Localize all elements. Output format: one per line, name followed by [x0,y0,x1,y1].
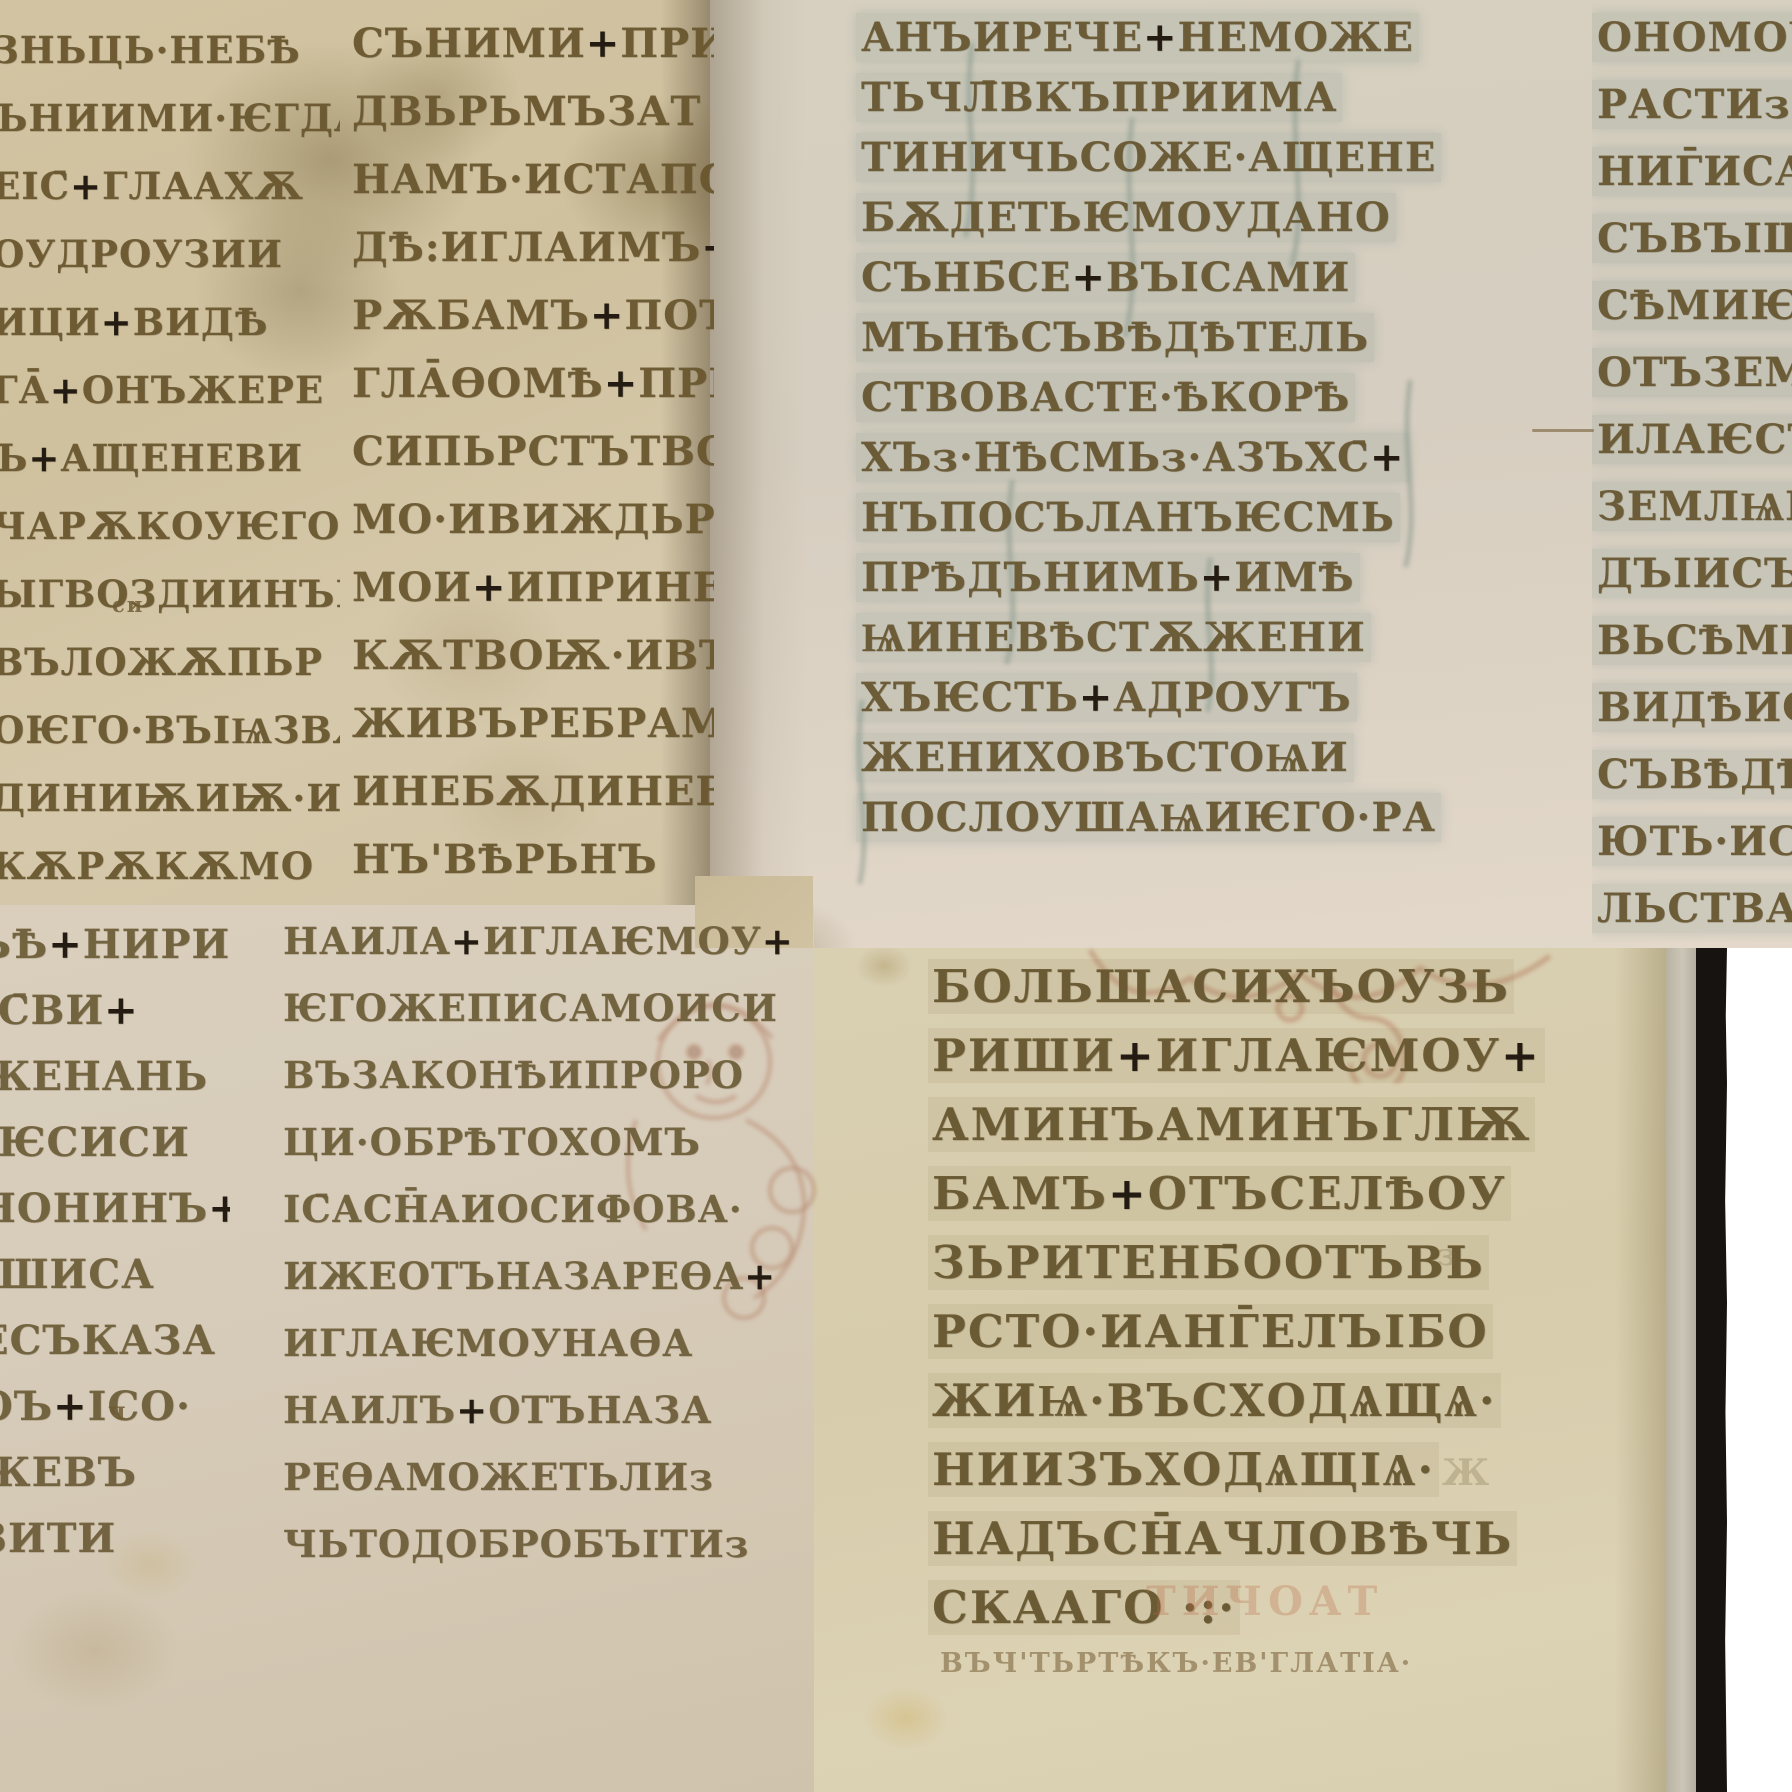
manuscript-line: ЖИВЪРЕБРАМО [352,690,714,758]
interlinear-gloss: си [112,592,144,617]
manuscript-line: ЕСЪКАЗА [0,1308,230,1374]
manuscript-line: НОНИНЪ+ [0,1176,230,1242]
manuscript-line: ЧЬТОДОБРОБЪІТИз [283,1511,715,1578]
manuscript-line: ЗЬРИТЕНБ̄ООТЪВЬ [928,1228,1440,1297]
scan-black-band [1696,948,1727,1792]
manuscript-line: ЖЕВЪ [0,1440,230,1506]
manuscript-line: ЬѢ+НИРИ [0,912,230,978]
manuscript-line: ЕІС̄+ГЛААХѪ [0,152,340,220]
manuscript-line: ПОСЛОУШАѨИѤГО·РА [856,788,1361,848]
manuscript-line: НАДЪСН̄АЧЛОВѢЧЬ [928,1504,1440,1573]
manuscript-line: ЇШИСА [0,1242,230,1308]
manuscript-line: ИЦИ+ВИДѢ [0,288,340,356]
manuscript-line: ВЪЗАКОНѢИПРОРО [283,1042,715,1109]
manuscript-line: РИШИ+ИГЛАѤМОУ+ [928,1021,1440,1090]
manuscript-line: АНЪИРЕЧЕ+НЕМОЖЕ [856,8,1361,68]
manuscript-line: НЪ'ВѢРЬНЪ [352,826,714,894]
manuscript-line: ХЪз·НѢСМЬз·АЗЪХС̄+ [856,428,1361,488]
manuscript-line: ПРѢДЪНИМЬ+ИМѢ [856,548,1361,608]
faded-red-rubric: ТИЧОАТ [1146,1578,1383,1625]
manuscript-line: ДИНИѬИѬ·И [0,764,340,832]
manuscript-line: Ъ+АЩЕНЕВИ [0,424,340,492]
manuscript-line: МОИ+ИПРИНЕС [352,554,714,622]
manuscript-line: ЛЬСТВА [1592,875,1792,942]
manuscript-line: РЕѲАМОЖЕТЬЛИз [283,1444,715,1511]
manuscript-line: ДВЬРЬМЪЗАТ [352,78,714,146]
manuscript-line: СЪВѢДѢ [1592,741,1792,808]
manuscript-line: СЪНИМИ+ПРИ [352,10,714,78]
manuscript-line: ЖИѨ·ВЪСХОДѦЩѦ· [928,1366,1440,1435]
manuscript-line: НАИЛЪ+ОТЪНАЗА [283,1377,715,1444]
manuscript-line: ЖЕНИХОВЪСТОѨИ [856,728,1361,788]
manuscript-line: ЧАРѪКОУѤГО· [0,492,340,560]
manuscript-line: ИЛАѤСТ [1592,406,1792,473]
manuscript-line: КѪТВОѬ·ИВЪ [352,622,714,690]
manuscript-line: ВИДѢИС [1592,674,1792,741]
text-column-tr-main: АНЪИРЕЧЕ+НЕМОЖЕТЬЧЛ̄ВКЪПРИИМАТИНИЧЬСОЖЕ·… [856,8,1361,848]
manuscript-line: СЪВЪІШ [1592,205,1792,272]
manuscript-line: РѪБАМЪ+ПОТО [352,282,714,350]
text-column-tl-right: СЪНИМИ+ПРИДВЬРЬМЪЗАТНАМЪ·ИСТАПОДѢ:ИГЛАИМ… [352,10,714,894]
manuscript-line: АМИНЪАМИНЪГЛѬ [928,1090,1440,1159]
manuscript-line: БѪДЕТЬѤМОУДАНО [856,188,1361,248]
manuscript-line: БОЛЬШАСИХЪОУЗЬ [928,952,1440,1021]
page-edge-strip [1666,948,1696,1792]
manuscript-line: РАСТИзИ [1592,71,1792,138]
manuscript-line: ВЪЛОЖѪПЬР [0,628,340,696]
interlinear-gloss: ч [108,1396,126,1425]
manuscript-line: ДЪІИСЪВ [1592,540,1792,607]
manuscript-line: ІС̄АСН̄АИОСИФОВА· [283,1176,715,1243]
text-column-tr-edge: ОНОМОУРАСТИзИНИГ̄ИСАСЪВЪІШСѢМИѤСОТЪЗЕМИЛ… [1592,4,1792,942]
manuscript-line: СЪНБ̄СЕ+ВЪІСАМИ [856,248,1361,308]
manuscript-line: МЪНѢСЪВѢДѢТЕЛЬ [856,308,1361,368]
manuscript-line: ИНЕБѪДИНЕВ [352,758,714,826]
manuscript-line: ЦИ·ОБРѢТОХОМЪ [283,1109,715,1176]
margin-ghost-letter: Ж [1442,1452,1489,1494]
manuscript-line: ІС̄ВИ+ [0,978,230,1044]
manuscript-line: ѨИНЕВѢСТѪЖЕНИ [856,608,1361,668]
text-column-tl-left: ЗНЬЦЬ·НЕБѢЪНИИМИ·ѤГДАЕІС̄+ГЛААХѪОУДРОУЗИ… [0,16,340,900]
manuscript-line: ЖЕНАНЬ [0,1044,230,1110]
manuscript-line: РСТО·ИАНГ̄ЕЛЪІБО [928,1297,1440,1366]
manuscript-line: КѪРѪКѪМО [0,832,340,900]
manuscript-line: ВЬСѢМИН [1592,607,1792,674]
manuscript-line: НАИЛА+ИГЛАѤМОУ+ [283,908,715,975]
manuscript-line: МО·ИВИЖДЬР [352,486,714,554]
manuscript-line: ИГЛАѤМОУНАѲА [283,1310,715,1377]
manuscript-line: ЗИТИ [0,1506,230,1572]
manuscript-line: ГЛА̄ѲОМѢ+ПРИ [352,350,714,418]
manuscript-line: ДѢ:ИГЛАИМЪ+ [352,214,714,282]
faded-rubric-line: ВЪЧ'ТЬРТѢКЪ·ЕВ'ГЛАТІА· [940,1648,1412,1679]
manuscript-line: ЗНЬЦЬ·НЕБѢ [0,16,340,84]
manuscript-line: ЮТЬ·ИС [1592,808,1792,875]
manuscript-line: ѤГОЖЕПИСАМОИСИ [283,975,715,1042]
manuscript-line: БАМЪ+ОТЪСЕЛѢОУ [928,1159,1440,1228]
manuscript-line: НЪПОСЪЛАНЪѤСМЬ [856,488,1361,548]
manuscript-line: ТИНИЧЬСОЖЕ·АЩЕНЕ [856,128,1361,188]
manuscript-line: ІѤСИСИ [0,1110,230,1176]
manuscript-line: ЫГВОЗДИИНЪІ [0,560,340,628]
manuscript-line: ОѤГО·ВЪІѨЗВѪ [0,696,340,764]
manuscript-collage: ЗНЬЦЬ·НЕБѢЪНИИМИ·ѤГДАЕІС̄+ГЛААХѪОУДРОУЗИ… [0,0,1792,1792]
manuscript-line: ЪНИИМИ·ѤГДА [0,84,340,152]
manuscript-line: ХЪѤСТЬ+АДРОУГЪ [856,668,1361,728]
manuscript-line: ОУДРОУЗИИ [0,220,340,288]
manuscript-line: СИПЬРСТЪТВО [352,418,714,486]
manuscript-line: ОНОМОУ [1592,4,1792,71]
text-column-bl-left: ЬѢ+НИРИІС̄ВИ+ЖЕНАНЬІѤСИСИНОНИНЪ+ЇШИСАЕСЪ… [0,912,230,1572]
manuscript-line: НИГ̄ИСА [1592,138,1792,205]
margin-pen-stroke [1532,429,1594,432]
manuscript-line: ИЖЕОТЪНАЗАРЕѲА+ [283,1243,715,1310]
manuscript-line: ТЬЧЛ̄ВКЪПРИИМА [856,68,1361,128]
manuscript-line: ЗЕМЛѨГ [1592,473,1792,540]
text-column-bl-right: НАИЛА+ИГЛАѤМОУ+ѤГОЖЕПИСАМОИСИВЪЗАКОНѢИПР… [283,908,715,1578]
manuscript-line: ОТЪЗЕМ [1592,339,1792,406]
manuscript-line: ГА̄+ОНЪЖЕРЕ [0,356,340,424]
manuscript-line: НИИЗЪХОДѦЩІѦ· [928,1435,1440,1504]
manuscript-line: СѢМИѤС [1592,272,1792,339]
text-column-br: БОЛЬШАСИХЪОУЗЬРИШИ+ИГЛАѤМОУ+АМИНЪАМИНЪГЛ… [928,952,1440,1642]
manuscript-line: НАМЪ·ИСТАПО [352,146,714,214]
manuscript-line: СТВОВАСТЕ·ѢКОРѢ [856,368,1361,428]
margin-ghost-letter: з [1437,1238,1456,1273]
